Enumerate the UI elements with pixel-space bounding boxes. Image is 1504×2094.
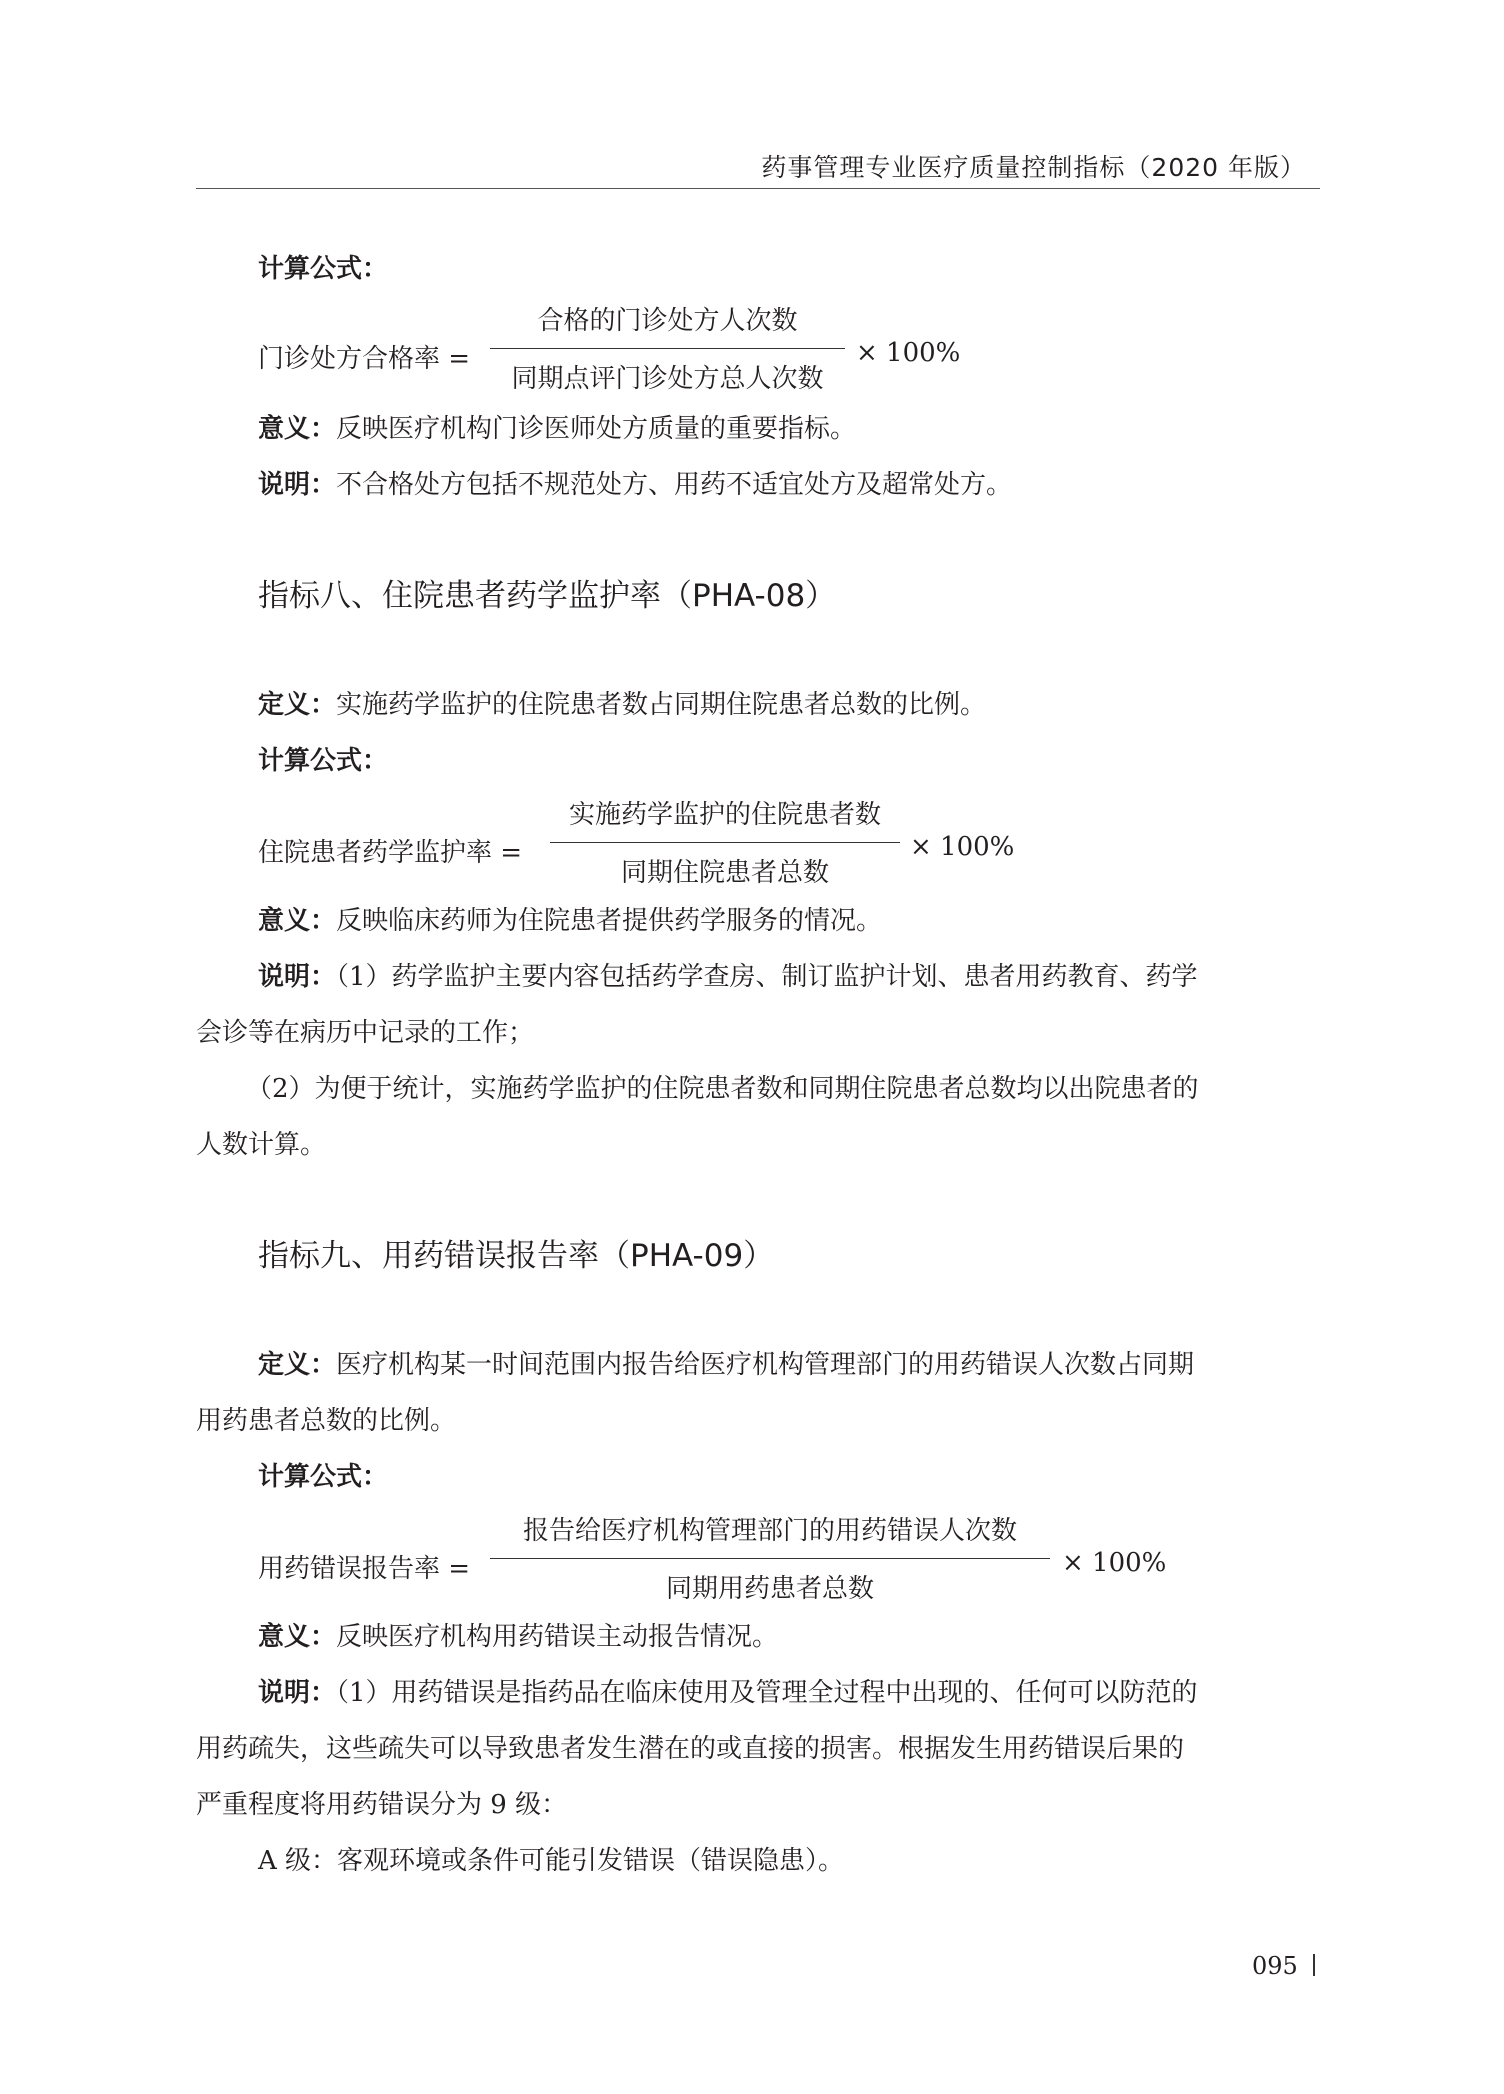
formula-lhs: 门诊处方合格率 = <box>258 338 470 375</box>
page-number-divider <box>1313 1954 1315 1976</box>
note-paragraph: 说明：不合格处方包括不规范处方、用药不适宜处方及超常处方。 <box>258 470 1012 500</box>
formula-label: 计算公式： <box>258 1462 388 1492</box>
meaning-paragraph: 意义：反映临床药师为住院患者提供药学服务的情况。 <box>258 906 882 936</box>
formula-numerator: 报告给医疗机构管理部门的用药错误人次数 <box>490 1510 1050 1547</box>
meaning-paragraph: 意义：反映医疗机构用药错误主动报告情况。 <box>258 1622 778 1652</box>
level-a-item: A 级：客观环境或条件可能引发错误（错误隐患）。 <box>258 1846 844 1876</box>
note-paragraph-1-cont: 用药疏失，这些疏失可以导致患者发生潜在的或直接的损害。根据发生用药错误后果的 <box>196 1734 1184 1764</box>
note-paragraph-2-cont: 人数计算。 <box>196 1130 326 1160</box>
formula-lhs: 用药错误报告率 = <box>258 1548 470 1585</box>
section-heading-pha-08: 指标八、住院患者药学监护率（PHA-08） <box>258 578 836 614</box>
definition-paragraph: 定义：医疗机构某一时间范围内报告给医疗机构管理部门的用药错误人次数占同期 <box>258 1350 1194 1380</box>
formula-denominator: 同期住院患者总数 <box>550 852 900 889</box>
definition-paragraph: 定义：实施药学监护的住院患者数占同期住院患者总数的比例。 <box>258 690 986 720</box>
section-heading-pha-09: 指标九、用药错误报告率（PHA-09） <box>258 1238 774 1274</box>
formula-lhs: 住院患者药学监护率 = <box>258 832 522 869</box>
formula-numerator: 合格的门诊处方人次数 <box>490 300 845 337</box>
note-paragraph-2: （2）为便于统计，实施药学监护的住院患者数和同期住院患者总数均以出院患者的 <box>246 1074 1199 1104</box>
formula-denominator: 同期用药患者总数 <box>490 1568 1050 1605</box>
formula-multiplier: × 100% <box>1062 1548 1166 1578</box>
formula-numerator: 实施药学监护的住院患者数 <box>550 794 900 831</box>
formula-label: 计算公式： <box>258 254 388 284</box>
fraction-bar <box>490 348 845 349</box>
formula-label: 计算公式： <box>258 746 388 776</box>
definition-paragraph-cont: 用药患者总数的比例。 <box>196 1406 456 1436</box>
meaning-paragraph: 意义：反映医疗机构门诊医师处方质量的重要指标。 <box>258 414 856 444</box>
note-paragraph-1-cont2: 严重程度将用药错误分为 9 级： <box>196 1790 567 1820</box>
running-header: 药事管理专业医疗质量控制指标（2020 年版） <box>196 148 1320 189</box>
page-number: 095 <box>1252 1952 1298 1980</box>
fraction-bar <box>490 1558 1050 1559</box>
formula-multiplier: × 100% <box>910 832 1014 862</box>
fraction-bar <box>550 842 900 843</box>
formula-denominator: 同期点评门诊处方总人次数 <box>490 358 845 395</box>
formula-multiplier: × 100% <box>856 338 960 368</box>
note-paragraph-1: 说明：（1）用药错误是指药品在临床使用及管理全过程中出现的、任何可以防范的 <box>258 1678 1198 1708</box>
header-title: 药事管理专业医疗质量控制指标（2020 年版） <box>761 148 1306 184</box>
note-paragraph-1-cont: 会诊等在病历中记录的工作； <box>196 1018 534 1048</box>
note-paragraph-1: 说明：（1）药学监护主要内容包括药学查房、制订监护计划、患者用药教育、药学 <box>258 962 1198 992</box>
